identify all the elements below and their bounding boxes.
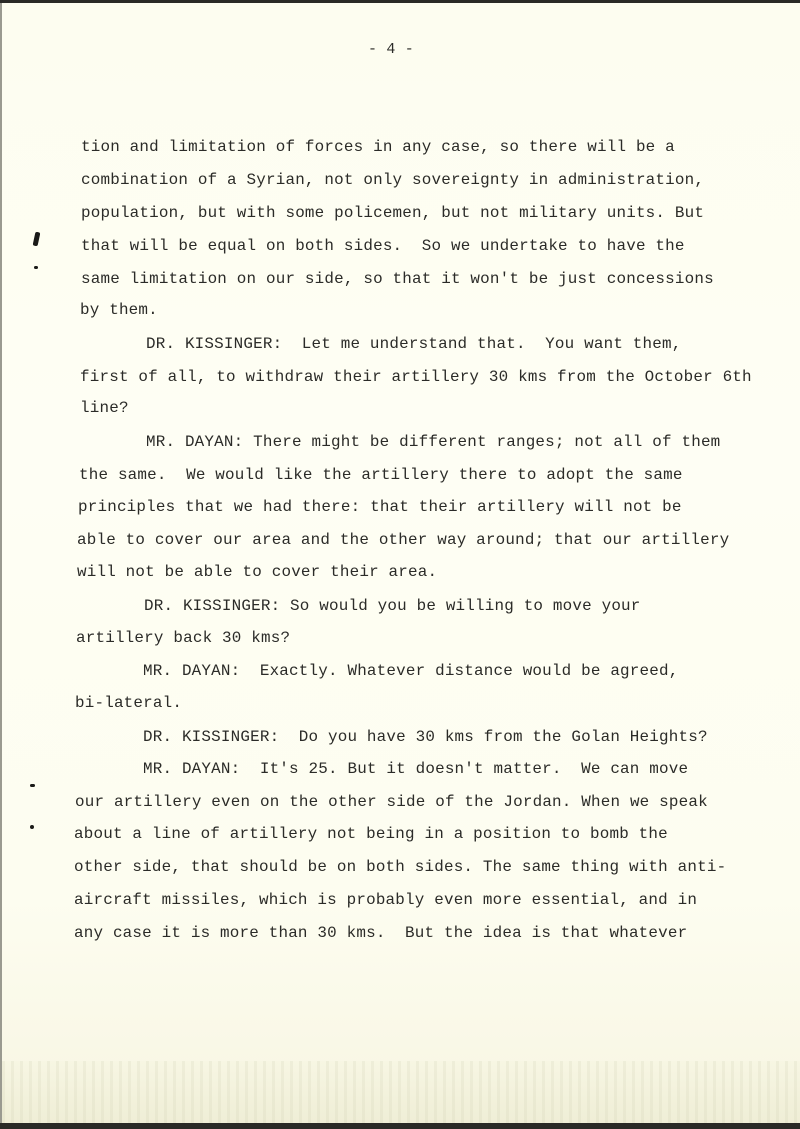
- text-line: population, but with some policemen, but…: [81, 206, 704, 222]
- speaker-line-dayan: MR. DAYAN: It's 25. But it doesn't matte…: [143, 762, 688, 778]
- text-line: artillery back 30 kms?: [76, 631, 290, 647]
- margin-mark: [30, 825, 34, 829]
- text-line: our artillery even on the other side of …: [75, 795, 708, 811]
- page-number: - 4 -: [368, 42, 414, 57]
- margin-mark: [34, 266, 38, 269]
- text-line: about a line of artillery not being in a…: [74, 827, 668, 843]
- text-line: that will be equal on both sides. So we …: [81, 239, 685, 255]
- text-line: line?: [80, 401, 129, 417]
- text-line: the same. We would like the artillery th…: [79, 468, 683, 484]
- text-line: will not be able to cover their area.: [77, 565, 437, 581]
- margin-mark: [30, 784, 35, 787]
- text-line: by them.: [80, 303, 158, 319]
- text-line: combination of a Syrian, not only sovere…: [81, 173, 704, 189]
- text-line: aircraft missiles, which is probably eve…: [74, 893, 697, 909]
- speaker-line-kissinger: DR. KISSINGER: Do you have 30 kms from t…: [143, 730, 708, 746]
- text-line: able to cover our area and the other way…: [77, 533, 729, 549]
- speaker-line-dayan: MR. DAYAN: There might be different rang…: [146, 435, 720, 451]
- text-line: tion and limitation of forces in any cas…: [81, 140, 675, 156]
- text-line: principles that we had there: that their…: [78, 500, 682, 516]
- speaker-line-kissinger: DR. KISSINGER: So would you be willing t…: [144, 599, 641, 615]
- text-line: any case it is more than 30 kms. But the…: [74, 926, 687, 942]
- speaker-line-dayan: MR. DAYAN: Exactly. Whatever distance wo…: [143, 664, 678, 680]
- margin-mark: [33, 232, 41, 247]
- text-line: bi-lateral.: [75, 696, 182, 712]
- text-line: other side, that should be on both sides…: [74, 860, 726, 876]
- scan-noise-band: [2, 1061, 800, 1123]
- text-line: first of all, to withdraw their artiller…: [80, 370, 752, 386]
- text-line: same limitation on our side, so that it …: [81, 272, 714, 288]
- speaker-line-kissinger: DR. KISSINGER: Let me understand that. Y…: [146, 337, 681, 353]
- document-page: - 4 - tion and limitation of forces in a…: [0, 3, 800, 1123]
